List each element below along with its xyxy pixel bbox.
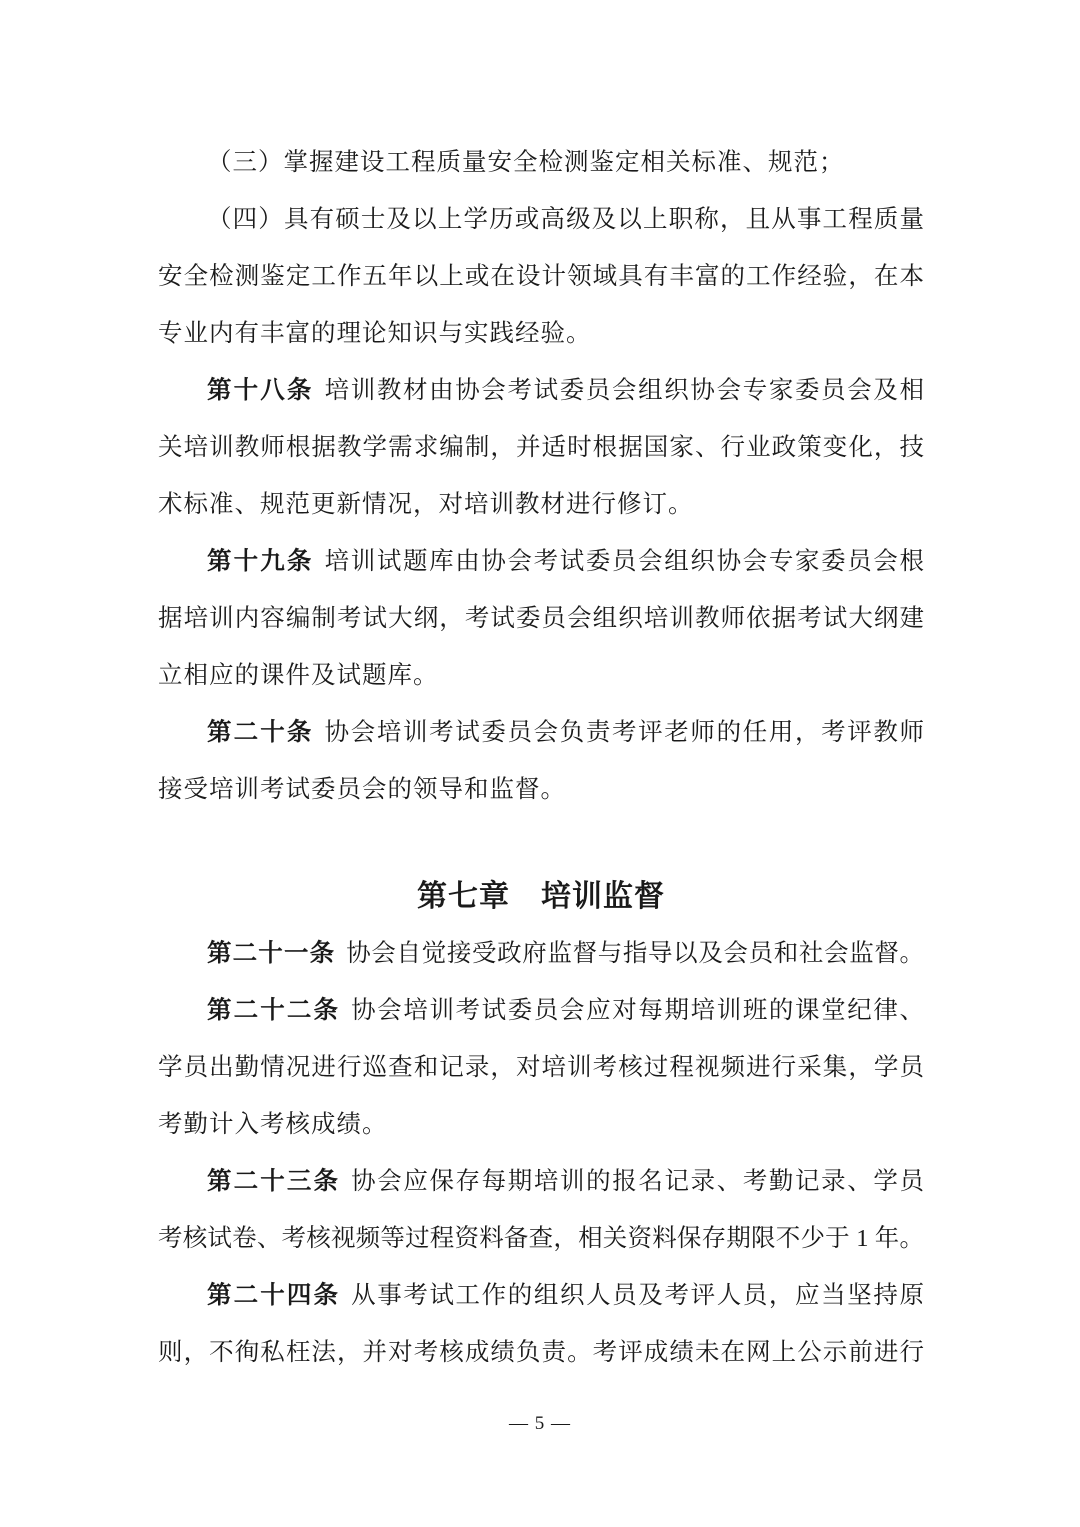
line-text: 安全检测鉴定工作五年以上或在设计领域具有丰富的工作经验，在本 (158, 263, 924, 290)
text-line: 第十九条培训试题库由协会考试委员会组织协会专家委员会根 (158, 533, 924, 590)
line-text: 接受培训考试委员会的领导和监督。 (158, 776, 566, 803)
text-line: 则，不徇私枉法，并对考核成绩负责。考评成绩未在网上公示前进行 (158, 1324, 924, 1381)
line-text: 协会应保存每期培训的报名记录、考勤记录、学员 (351, 1168, 924, 1195)
text-line: 第二十一条协会自觉接受政府监督与指导以及会员和社会监督。 (158, 925, 924, 982)
text-line: 术标准、规范更新情况，对培训教材进行修订。 (158, 476, 924, 533)
line-text: 从事考试工作的组织人员及考评人员，应当坚持原 (351, 1282, 924, 1309)
line-text: （四）具有硕士及以上学历或高级及以上职称，且从事工程质量 (207, 206, 924, 233)
line-text: 学员出勤情况进行巡查和记录，对培训考核过程视频进行采集，学员 (158, 1054, 924, 1081)
line-text: 考核试卷、考核视频等过程资料备查，相关资料保存期限不少于 1 年。 (158, 1225, 924, 1252)
text-line: （四）具有硕士及以上学历或高级及以上职称，且从事工程质量 (158, 191, 924, 248)
line-text: 协会培训考试委员会应对每期培训班的课堂纪律、 (351, 997, 924, 1024)
text-line: 学员出勤情况进行巡查和记录，对培训考核过程视频进行采集，学员 (158, 1039, 924, 1096)
line-text: 据培训内容编制考试大纲，考试委员会组织培训教师依据考试大纲建 (158, 605, 924, 632)
text-line: 关培训教师根据教学需求编制，并适时根据国家、行业政策变化，技 (158, 419, 924, 476)
article-number: 第十九条 (207, 548, 314, 575)
line-text: 考勤计入考核成绩。 (158, 1111, 388, 1138)
text-line: 第二十二条协会培训考试委员会应对每期培训班的课堂纪律、 (158, 982, 924, 1039)
line-text: 培训试题库由协会考试委员会组织协会专家委员会根 (325, 548, 924, 575)
line-text: （三）掌握建设工程质量安全检测鉴定相关标准、规范； (207, 149, 845, 176)
line-text: 协会培训考试委员会负责考评老师的任用，考评教师 (325, 719, 924, 746)
article-number: 第二十条 (207, 719, 314, 746)
text-line: 安全检测鉴定工作五年以上或在设计领域具有丰富的工作经验，在本 (158, 248, 924, 305)
text-line: 第二十条协会培训考试委员会负责考评老师的任用，考评教师 (158, 704, 924, 761)
text-line: 第二十四条从事考试工作的组织人员及考评人员，应当坚持原 (158, 1267, 924, 1324)
article-number: 第二十一条 (207, 940, 335, 967)
paragraph-block-after-heading: 第二十一条协会自觉接受政府监督与指导以及会员和社会监督。第二十二条协会培训考试委… (158, 925, 924, 1381)
text-line: 考核试卷、考核视频等过程资料备查，相关资料保存期限不少于 1 年。 (158, 1210, 924, 1267)
page-number: — 5 — (0, 1410, 1080, 1438)
article-number: 第二十四条 (207, 1282, 340, 1309)
line-text: 关培训教师根据教学需求编制，并适时根据国家、行业政策变化，技 (158, 434, 924, 461)
article-number: 第十八条 (207, 377, 314, 404)
line-text: 培训教材由协会考试委员会组织协会专家委员会及相 (325, 377, 924, 404)
text-line: 立相应的课件及试题库。 (158, 647, 924, 704)
line-text: 立相应的课件及试题库。 (158, 662, 439, 689)
line-text: 则，不徇私枉法，并对考核成绩负责。考评成绩未在网上公示前进行 (158, 1339, 924, 1366)
text-line: 专业内有丰富的理论知识与实践经验。 (158, 305, 924, 362)
line-text: 专业内有丰富的理论知识与实践经验。 (158, 320, 592, 347)
line-text: 术标准、规范更新情况，对培训教材进行修订。 (158, 491, 694, 518)
chapter-heading: 第七章 培训监督 (158, 868, 924, 925)
line-text: 协会自觉接受政府监督与指导以及会员和社会监督。 (346, 940, 924, 967)
document-page: （三）掌握建设工程质量安全检测鉴定相关标准、规范；（四）具有硕士及以上学历或高级… (0, 0, 1080, 1527)
text-line: （三）掌握建设工程质量安全检测鉴定相关标准、规范； (158, 134, 924, 191)
article-number: 第二十二条 (207, 997, 340, 1024)
text-line: 据培训内容编制考试大纲，考试委员会组织培训教师依据考试大纲建 (158, 590, 924, 647)
text-line: 接受培训考试委员会的领导和监督。 (158, 761, 924, 818)
text-line: 第十八条培训教材由协会考试委员会组织协会专家委员会及相 (158, 362, 924, 419)
text-line: 考勤计入考核成绩。 (158, 1096, 924, 1153)
article-number: 第二十三条 (207, 1168, 340, 1195)
text-line: 第二十三条协会应保存每期培训的报名记录、考勤记录、学员 (158, 1153, 924, 1210)
paragraph-block-before-heading: （三）掌握建设工程质量安全检测鉴定相关标准、规范；（四）具有硕士及以上学历或高级… (158, 134, 924, 818)
document-body: （三）掌握建设工程质量安全检测鉴定相关标准、规范；（四）具有硕士及以上学历或高级… (158, 134, 924, 1381)
